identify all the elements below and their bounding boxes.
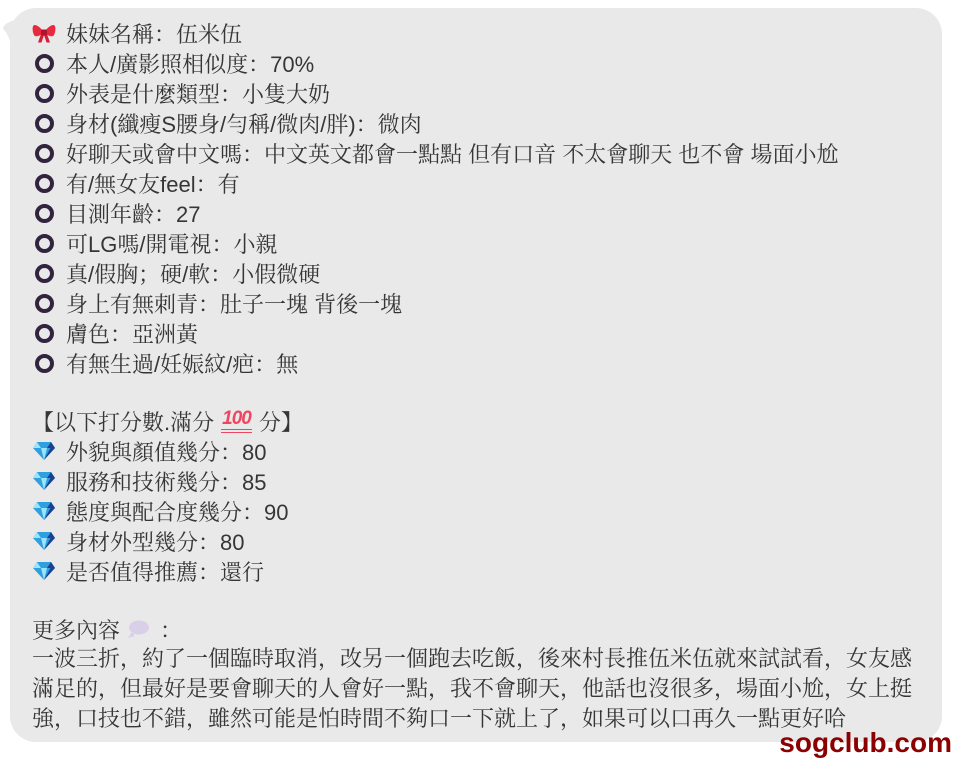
gem-icon xyxy=(32,441,56,461)
list-item: 外貌與顏值幾分：80 xyxy=(32,436,922,466)
item-label: 妹妹名稱：伍米伍 xyxy=(66,18,242,49)
list-item: 有無生過/妊娠紋/疤：無 xyxy=(32,348,922,378)
circle-icon xyxy=(32,264,56,283)
score-header-prefix: 【以下打分數.滿分 xyxy=(32,406,214,437)
item-label: 目測年齡：27 xyxy=(66,198,200,229)
item-label: 外貌與顏值幾分：80 xyxy=(66,436,266,467)
circle-icon xyxy=(32,324,56,343)
more-content-colon: ： xyxy=(160,614,182,645)
item-label: 態度與配合度幾分：90 xyxy=(66,496,288,527)
item-label: 真/假胸；硬/軟：小假微硬 xyxy=(66,258,320,289)
list-item: 好聊天或會中文嗎：中文英文都會一點點 但有口音 不太會聊天 也不會 場面小尬 xyxy=(32,138,922,168)
review-paragraph: 一波三折，約了一個臨時取消，改另一個跑去吃飯，後來村長推伍米伍就來試試看，女友感… xyxy=(32,644,922,734)
list-item: 身材(纖瘦S腰身/勻稱/微肉/胖)：微肉 xyxy=(32,108,922,138)
item-label: 有/無女友feel：有 xyxy=(66,168,240,199)
item-label: 服務和技術幾分：85 xyxy=(66,466,266,497)
item-label: 外表是什麼類型：小隻大奶 xyxy=(66,78,330,109)
list-item: 本人/廣影照相似度：70% xyxy=(32,48,922,78)
hundred-emoji-icon: 100 xyxy=(221,409,252,433)
score-header-suffix: 分】 xyxy=(259,406,303,437)
item-label: 身材(纖瘦S腰身/勻稱/微肉/胖)：微肉 xyxy=(66,108,422,139)
item-label: 好聊天或會中文嗎：中文英文都會一點點 但有口音 不太會聊天 也不會 場面小尬 xyxy=(66,138,838,169)
gem-icon xyxy=(32,471,56,491)
list-item: 身上有無刺青：肚子一塊 背後一塊 xyxy=(32,288,922,318)
list-item: 妹妹名稱：伍米伍 xyxy=(32,18,922,48)
circle-icon xyxy=(32,84,56,103)
score-section-header: 【以下打分數.滿分 100 分】 xyxy=(32,406,922,436)
item-label: 身上有無刺青：肚子一塊 背後一塊 xyxy=(66,288,402,319)
item-label: 可LG嗎/開電視：小親 xyxy=(66,228,277,259)
score-list: 外貌與顏值幾分：80服務和技術幾分：85態度與配合度幾分：90身材外型幾分：80… xyxy=(32,436,922,586)
list-item: 可LG嗎/開電視：小親 xyxy=(32,228,922,258)
circle-icon xyxy=(32,114,56,133)
circle-icon xyxy=(32,54,56,73)
gem-icon xyxy=(32,561,56,581)
circle-icon xyxy=(32,204,56,223)
more-content-label: 更多內容 xyxy=(32,614,120,645)
item-label: 身材外型幾分：80 xyxy=(66,526,244,557)
item-label: 本人/廣影照相似度：70% xyxy=(66,48,314,79)
more-content-header: 更多內容 ： xyxy=(32,614,922,644)
gem-icon xyxy=(32,531,56,551)
list-item: 服務和技術幾分：85 xyxy=(32,466,922,496)
list-item: 是否值得推薦：還行 xyxy=(32,556,922,586)
list-item: 態度與配合度幾分：90 xyxy=(32,496,922,526)
watermark: sogclub.com xyxy=(779,727,952,759)
list-item: 身材外型幾分：80 xyxy=(32,526,922,556)
bow-icon xyxy=(32,23,56,43)
circle-icon xyxy=(32,234,56,253)
list-item: 有/無女友feel：有 xyxy=(32,168,922,198)
circle-icon xyxy=(32,294,56,313)
item-label: 膚色：亞洲黃 xyxy=(66,318,198,349)
circle-icon xyxy=(32,174,56,193)
list-item: 目測年齡：27 xyxy=(32,198,922,228)
circle-icon xyxy=(32,144,56,163)
gem-icon xyxy=(32,501,56,521)
list-item: 外表是什麼類型：小隻大奶 xyxy=(32,78,922,108)
list-item: 真/假胸；硬/軟：小假微硬 xyxy=(32,258,922,288)
chat-bubble: 妹妹名稱：伍米伍本人/廣影照相似度：70%外表是什麼類型：小隻大奶身材(纖瘦S腰… xyxy=(10,8,942,742)
thought-balloon-icon xyxy=(127,620,151,638)
item-label: 是否值得推薦：還行 xyxy=(66,556,264,587)
item-label: 有無生過/妊娠紋/疤：無 xyxy=(66,348,298,379)
bubble-tail-icon xyxy=(1,18,27,62)
profile-list: 妹妹名稱：伍米伍本人/廣影照相似度：70%外表是什麼類型：小隻大奶身材(纖瘦S腰… xyxy=(32,18,922,378)
list-item: 膚色：亞洲黃 xyxy=(32,318,922,348)
circle-icon xyxy=(32,354,56,373)
